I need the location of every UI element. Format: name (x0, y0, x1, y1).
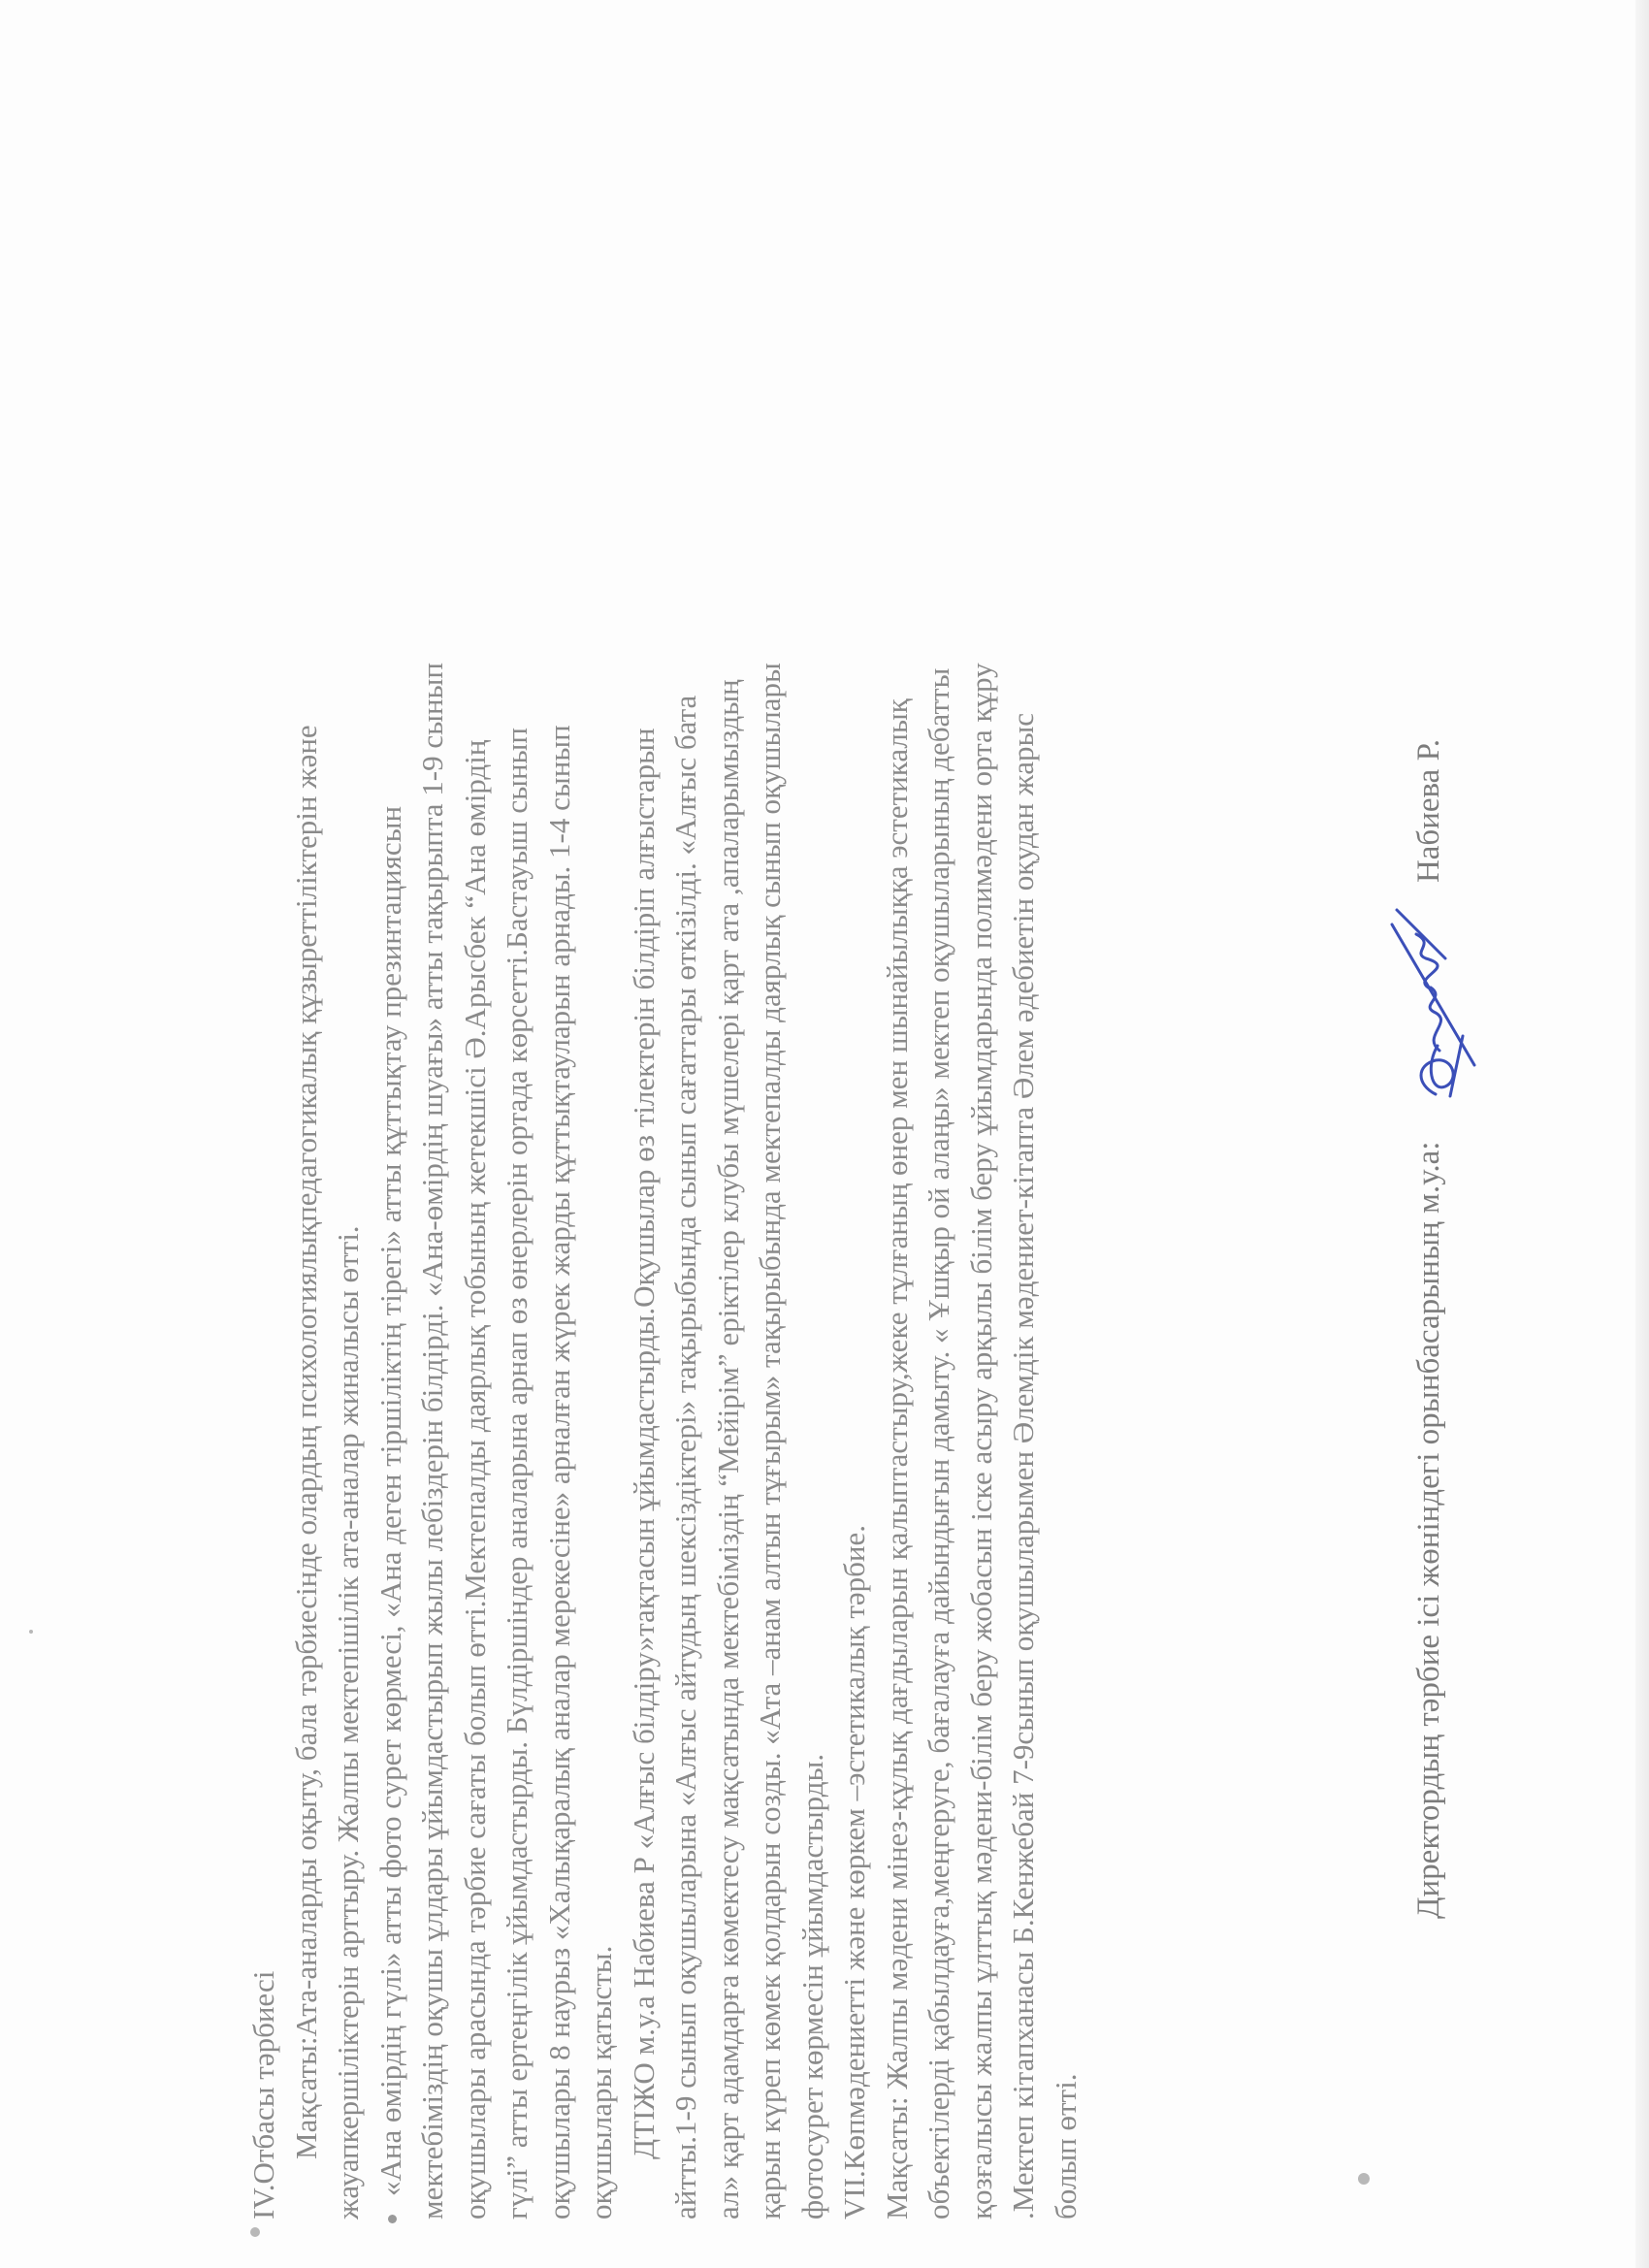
handwritten-signature-icon (1377, 900, 1484, 1104)
section-heading-family: IV.Отбасы тәрбиесі (242, 105, 285, 2219)
paragraph-line: мектебіміздің оқушы ұлдары ұйымдастырып … (411, 105, 454, 2219)
signatory-title: Директордың тәрбие ісі жөніндегі орынбас… (1411, 1142, 1447, 1919)
scan-speck (1358, 2173, 1370, 2185)
paragraph-line: Мақсаты: Жалпы мәдени мінез-құлық дағдыл… (876, 105, 919, 2219)
paragraph-line: жауапкершіліктерін арттыру. Жалпы мектеп… (327, 105, 370, 2219)
paragraph-line: оқушылары қатысты. (580, 105, 623, 2219)
paragraph-line: қарын күреп көмек қолдарын созды. «Ата –… (749, 105, 792, 2219)
paragraph-line: .Мектеп кітапханасы Б.Кенжебай 7-9сынып … (1002, 105, 1045, 2219)
paragraph-line: гүлі” атты ертеңгілік ұйымдастырды. Бүлд… (496, 105, 538, 2219)
bullet-text: «Ана өмірдің гүлі» атты фото сурет көрме… (373, 806, 407, 2196)
paragraph-line: фотосурет көрмесін ұйымдастырды. (792, 105, 834, 2219)
document-page: IV.Отбасы тәрбиесі Мақсаты:Ата-аналарды … (0, 0, 1649, 2268)
paragraph-line: Мақсаты:Ата-аналарды оқыту, бала тәрбиес… (285, 105, 328, 2219)
signatory-name: Набиева Р. (1411, 739, 1447, 883)
bullet-icon (388, 2215, 397, 2223)
paragraph-line: объектілерді қабылдауға,меңгеруге, бағал… (918, 105, 960, 2219)
paragraph-line: қозғалысы жалпы ұлттық мәдени-білім беру… (960, 105, 1003, 2219)
bullet-list-item: «Ана өмірдің гүлі» атты фото сурет көрме… (370, 105, 412, 2219)
paragraph-line: айтты.1-9 сынып оқушыларына «Алғыс айтуд… (664, 105, 707, 2219)
paragraph-line: ал» қарт адамдарға көмектесу мақсатында … (707, 105, 750, 2219)
paragraph-line: оқушылары 8 наурыз «Халықаралық аналар м… (538, 105, 581, 2219)
scan-speck (29, 1630, 33, 1634)
paragraph-line: болып өтті. (1045, 105, 1087, 2219)
section-heading-multicultural: VII.Көпмәдениетті және көркем –эстетикал… (833, 105, 876, 2219)
document-body: IV.Отбасы тәрбиесі Мақсаты:Ата-аналарды … (242, 105, 1086, 2219)
scan-speck (250, 2227, 260, 2237)
paragraph-line: ДТІЖО м.у.а Набиева Р «Алғыс білдіру»тақ… (623, 105, 665, 2219)
paragraph-line: оқушылары арасында тәрбие сағаты болып ө… (454, 105, 497, 2219)
signature-block: Директордың тәрбие ісі жөніндегі орынбас… (1377, 76, 1484, 1919)
